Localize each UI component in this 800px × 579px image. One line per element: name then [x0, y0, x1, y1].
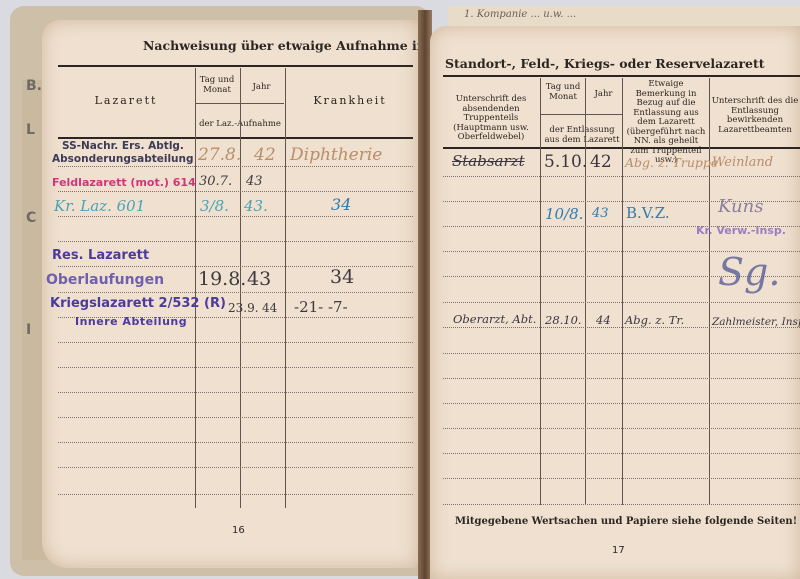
row-divider — [58, 292, 413, 293]
header-discharge: der Entlassung aus dem Lazarett — [542, 126, 622, 145]
header-year: Jahr — [240, 83, 283, 93]
column-line — [622, 78, 623, 505]
entry-3-hospital: Kr. Laz. 601 — [54, 197, 145, 215]
entry-1-year: 42 — [590, 152, 612, 172]
edge-letter: I — [26, 322, 31, 338]
entry-1-unit-signature: Stabsarzt — [452, 152, 525, 170]
row-divider — [58, 266, 413, 267]
header-year: Jahr — [586, 90, 621, 100]
entry-3-signature-scribble: Sg. — [718, 250, 780, 294]
row-divider — [443, 478, 800, 479]
entry-1-day-month: 5.10. — [544, 152, 587, 172]
row-divider — [443, 504, 800, 505]
header-illness: Krankheit — [286, 96, 414, 106]
column-line — [540, 78, 541, 505]
right-page-footer-note: Mitgegebene Wertsachen und Papiere siehe… — [455, 516, 797, 527]
entry-3-year: 43. — [244, 197, 268, 215]
entry-1-remarks: Abg. z. Truppe — [625, 155, 718, 170]
entry-1-illness: Diphtherie — [290, 145, 382, 165]
row-divider — [443, 428, 800, 429]
right-page-title: Standort-, Feld-, Kriegs- oder Reservela… — [445, 56, 765, 71]
entry-5-stamp-line1: Kriegslazarett 2/532 (R) — [50, 296, 226, 311]
entry-5-stamp-line2: Innere Abteilung — [75, 315, 187, 328]
row-divider — [443, 378, 800, 379]
entry-2-signature-scribble: Kuns — [718, 196, 763, 217]
row-divider — [443, 403, 800, 404]
header-top-rule — [443, 75, 800, 77]
entry-1-day-month: 27.8. — [198, 145, 241, 165]
entry-4-stamp-line1: Res. Lazarett — [52, 248, 149, 263]
header-discharge-official-signature: Unterschrift des die Entlassung bewirken… — [710, 97, 800, 135]
row-divider — [443, 176, 800, 177]
entry-2-stamp: Feldlazarett (mot.) 614 — [52, 176, 196, 189]
header-hospital: Lazarett — [58, 96, 194, 106]
entry-3-unit-signature: Oberarzt, Abt. — [453, 312, 536, 326]
entry-5-illness: -21- -7- — [294, 298, 348, 316]
entry-4-year: 43 — [247, 268, 271, 290]
row-divider — [58, 494, 413, 495]
entry-1-official-signature: Weinland — [712, 155, 773, 170]
entry-1-stamp-line2: Absonderungsabteilung — [52, 153, 194, 165]
header-bottom-rule — [58, 137, 413, 139]
header-divider — [541, 114, 622, 115]
row-divider — [58, 467, 413, 468]
left-page-number: 16 — [232, 525, 245, 536]
entry-4-illness: 34 — [330, 266, 354, 288]
entry-3-day-month: 3/8. — [200, 197, 229, 215]
entry-5-day-month: 23.9. — [228, 301, 259, 315]
row-divider — [443, 453, 800, 454]
entry-4-stamp-line2: Oberlaufungen — [46, 272, 164, 288]
entry-5-year: 44 — [262, 301, 277, 315]
header-day-month: Tag und Monat — [542, 83, 584, 102]
column-line — [585, 78, 586, 505]
header-day-month: Tag und Monat — [196, 76, 238, 95]
entry-4-day-month: 19.8. — [198, 268, 246, 290]
entry-1-stamp-line1: SS-Nachr. Ers. Abtlg. — [62, 140, 184, 152]
entry-2-day-month: 10/8. — [545, 205, 583, 223]
row-divider — [58, 216, 413, 217]
right-page-number: 17 — [612, 545, 625, 556]
header-remarks: Etwaige Bemerkung in Bezug auf die Entla… — [624, 80, 708, 166]
entry-3-official-signature: Zahlmeister, Insp. — [712, 316, 800, 328]
entry-3-day-month: 28.10. — [545, 313, 582, 327]
entry-2-year: 43 — [246, 174, 263, 189]
entry-1-year: 42 — [254, 145, 276, 165]
row-divider — [58, 241, 413, 242]
edge-letter: C — [26, 210, 36, 226]
entry-2-year: 43 — [592, 206, 609, 221]
row-divider — [58, 191, 413, 192]
edge-letter: B. — [26, 78, 42, 94]
entry-2-official-stamp: Kr. Verw.-Insp. — [696, 224, 786, 237]
entry-3-year: 44 — [596, 313, 611, 327]
row-divider — [443, 302, 800, 303]
header-top-rule — [58, 65, 413, 67]
row-divider — [58, 342, 413, 343]
row-divider — [58, 417, 413, 418]
entry-3-remarks: Abg. z. Tr. — [625, 313, 684, 327]
row-divider — [58, 392, 413, 393]
entry-2-day-month: 30.7. — [199, 174, 232, 189]
header-sending-unit-signature: Unterschrift des absendenden Truppenteil… — [443, 95, 539, 143]
entry-2-remarks: B.V.Z. — [626, 204, 670, 222]
previous-page-text: 1. Kompanie ... u.w. ... — [464, 9, 576, 20]
row-divider — [58, 442, 413, 443]
edge-letter: L — [26, 122, 35, 138]
row-divider — [58, 367, 413, 368]
entry-3-illness: 34 — [331, 195, 351, 214]
column-line — [709, 78, 710, 505]
row-divider — [58, 166, 413, 167]
left-page-title: Nachweisung über etwaige Aufnahme in ein — [143, 38, 452, 53]
row-divider — [443, 353, 800, 354]
